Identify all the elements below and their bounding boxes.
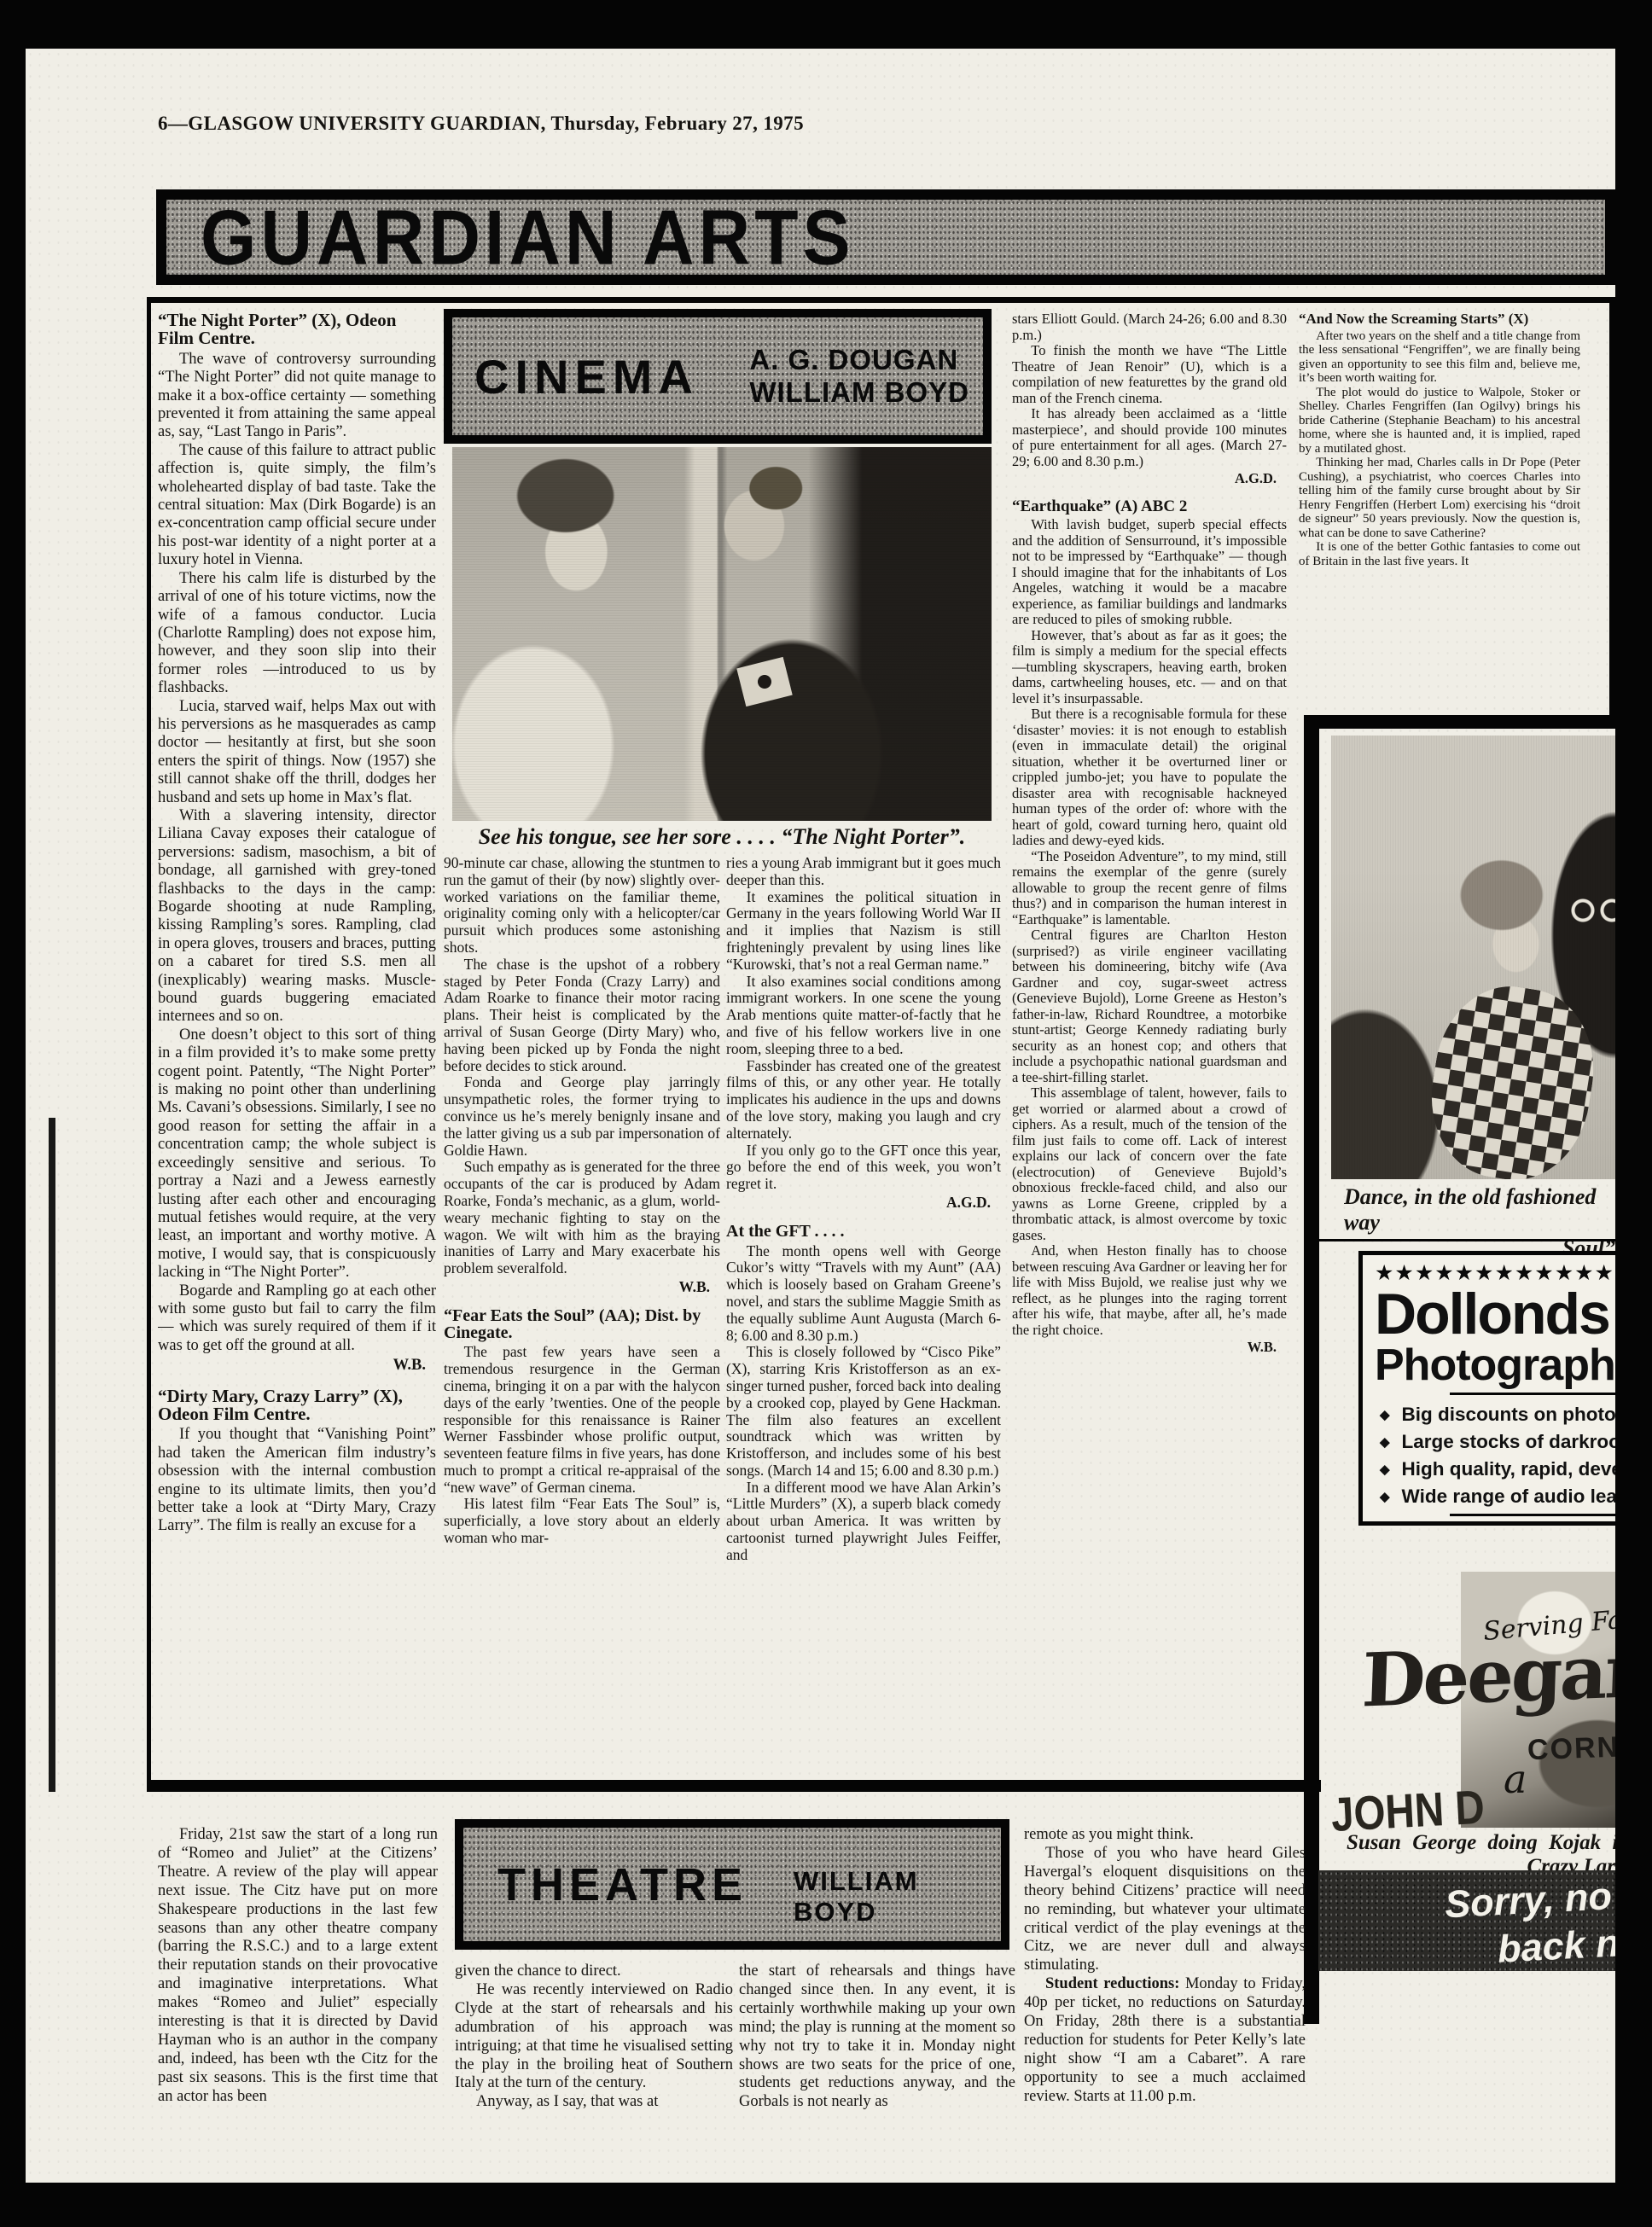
susan-caption-line1: Susan George doing Kojak imp — [1347, 1831, 1615, 1855]
paragraph: With lavish budget, superb special effec… — [1012, 517, 1287, 628]
cinema-column-4: stars Elliott Gould. (March 24-26; 6.00 … — [1012, 311, 1287, 1781]
paragraph: This assemblage of talent, however, fail… — [1012, 1085, 1287, 1243]
paragraph: But there is a recognisable formula for … — [1012, 706, 1287, 849]
paragraph: His latest film “Fear Eats The Soul” is,… — [444, 1496, 720, 1546]
paragraph: Thinking her mad, Charles calls in Dr Po… — [1299, 456, 1580, 540]
paragraph: And, when Heston finally has to choose b… — [1012, 1243, 1287, 1338]
dance-photo-caption: Dance, in the old fashioned way Soul” — [1344, 1184, 1615, 1261]
scan-border-bottom — [0, 2183, 1652, 2227]
paragraph: Student reductions: Monday to Friday, 40… — [1024, 1975, 1306, 2106]
panel-left-rule — [1304, 715, 1319, 2024]
dollonds-bullet-list: ◆Big discounts on photo. eq◆Large stocks… — [1375, 1401, 1648, 1510]
paragraph: If you only go to the GFT once this year… — [726, 1143, 1001, 1193]
cinema-section-title: CINEMA — [474, 349, 699, 404]
patterned-scarf-shape — [1420, 976, 1606, 1179]
paragraph: Those of you who have heard Giles Haverg… — [1024, 1845, 1306, 1975]
sorry-notice-box: Sorry, no W back ne — [1318, 1870, 1652, 1971]
paragraph: He was recently interviewed on Radio Cly… — [455, 1981, 733, 2093]
diamond-bullet-icon: ◆ — [1380, 1435, 1390, 1450]
newspaper-page: 6—GLASGOW UNIVERSITY GUARDIAN, Thursday,… — [0, 0, 1652, 2227]
theatre-column-3: the start of rehearsals and things have … — [739, 1962, 1015, 2152]
deegan-ad-script-a: a — [1504, 1756, 1527, 1802]
diamond-bullet-icon: ◆ — [1380, 1490, 1390, 1504]
ad-bullet-item: ◆High quality, rapid, developi — [1375, 1456, 1648, 1483]
article-heading: “The Night Porter” (X), Odeon Film Centr… — [158, 311, 436, 348]
paragraph: With a slavering intensity, director Lil… — [158, 807, 436, 1026]
paragraph: It is one of the better Gothic fantasies… — [1299, 540, 1580, 568]
byline-signature: W.B. — [444, 1279, 710, 1296]
paragraph: Central figures are Charlton Heston (sur… — [1012, 927, 1287, 1085]
frame-left-rule — [147, 297, 151, 1792]
ad-bullet-item: ◆Big discounts on photo. eq — [1375, 1401, 1648, 1428]
guardian-arts-title: GUARDIAN ARTS — [201, 193, 855, 282]
cinema-column-1: “The Night Porter” (X), Odeon Film Centr… — [158, 311, 436, 1781]
theatre-column-4: remote as you might think.Those of you w… — [1024, 1826, 1306, 2155]
article-heading: “Earthquake” (A) ABC 2 — [1012, 499, 1287, 515]
page-masthead: 6—GLASGOW UNIVERSITY GUARDIAN, Thursday,… — [158, 113, 804, 135]
paragraph: The cause of this failure to attract pub… — [158, 442, 436, 570]
panel-divider-rule — [1319, 1239, 1615, 1241]
article-heading: “Fear Eats the Soul” (AA); Dist. by Cine… — [444, 1308, 720, 1342]
paragraph: If you thought that “Vanishing Point” ha… — [158, 1426, 436, 1535]
dollonds-ad-subtitle: Photographic — [1375, 1343, 1648, 1388]
paragraph: given the chance to direct. — [455, 1962, 733, 1981]
paragraph: The chase is the upshot of a robbery sta… — [444, 957, 720, 1075]
paragraph: The past few years have seen a tremendou… — [444, 1344, 720, 1496]
paragraph: Friday, 21st saw the start of a long run… — [158, 1826, 438, 2107]
paragraph: The plot would do justice to Walpole, St… — [1299, 386, 1580, 456]
paragraph: 90-minute car chase, allowing the stuntm… — [444, 855, 720, 957]
deegan-ad-name: Deegan F — [1360, 1625, 1652, 1724]
diamond-bullet-icon: ◆ — [1380, 1408, 1390, 1422]
byline-signature: W.B. — [158, 1357, 426, 1375]
dollonds-ad-title: Dollonds — [1375, 1286, 1648, 1343]
paragraph: One doesn’t object to this sort of thing… — [158, 1026, 436, 1282]
paragraph: It has already been acclaimed as a ‘litt… — [1012, 406, 1287, 469]
cinema-column-2: 90-minute car chase, allowing the stuntm… — [444, 855, 720, 1782]
dance-photo — [1331, 736, 1615, 1179]
dance-caption-line1: Dance, in the old fashioned way — [1344, 1184, 1615, 1236]
dollonds-ad: ★★★★★★★★★★★★★★★★★★ Dollonds Photographic… — [1358, 1251, 1652, 1526]
paragraph: the start of rehearsals and things have … — [739, 1962, 1015, 2112]
article-heading: At the GFT . . . . — [726, 1224, 1001, 1241]
paragraph: However, that’s about as far as it goes;… — [1012, 628, 1287, 707]
cinema-bylines: A. G. DOUGAN WILLIAM BOYD — [749, 344, 969, 409]
scan-border-top — [0, 0, 1652, 49]
panel-top-rule — [1304, 715, 1652, 729]
scan-border-left — [0, 0, 26, 2227]
diamond-bullet-icon: ◆ — [1380, 1462, 1390, 1477]
night-porter-photo-caption: See his tongue, see her sore . . . . “Th… — [452, 824, 992, 850]
article-heading: “Dirty Mary, Crazy Larry” (X), Odeon Fil… — [158, 1387, 436, 1424]
byline-boyd: WILLIAM BOYD — [749, 376, 969, 409]
paragraph: Fonda and George play jarringly unsympat… — [444, 1074, 720, 1159]
article-heading: “And Now the Screaming Starts” (X) — [1299, 312, 1580, 327]
paragraph: Fassbinder has created one of the greate… — [726, 1058, 1001, 1143]
paragraph: The wave of controversy surrounding “The… — [158, 351, 436, 442]
byline-signature: A.G.D. — [1012, 471, 1277, 487]
theatre-column-2: given the chance to direct.He was recent… — [455, 1962, 733, 2152]
paragraph: In a different mood we have Alan Arkin’s… — [726, 1480, 1001, 1564]
paragraph: stars Elliott Gould. (March 24-26; 6.00 … — [1012, 311, 1287, 343]
paragraph: After two years on the shelf and a title… — [1299, 329, 1580, 386]
ad-bullet-item: ◆Wide range of audio leads — [1375, 1483, 1648, 1510]
theatre-section-title: THEATRE — [497, 1858, 747, 1911]
byline-dougan: A. G. DOUGAN — [749, 344, 969, 376]
ad-bullet-item: ◆Large stocks of darkroom — [1375, 1428, 1648, 1456]
scan-artifact-line — [49, 1118, 55, 1792]
frame-top-rule — [147, 297, 1615, 303]
theatre-column-1: Friday, 21st saw the start of a long run… — [158, 1826, 438, 2154]
night-porter-photo — [452, 447, 992, 821]
byline-signature: W.B. — [1012, 1340, 1277, 1356]
theatre-byline: WILLIAM BOYD — [794, 1866, 1001, 1928]
armband-shape — [736, 657, 792, 706]
cinema-section-banner: CINEMA A. G. DOUGAN WILLIAM BOYD — [444, 309, 992, 444]
glasses-shape — [1568, 898, 1615, 923]
paragraph: This is closely followed by “Cisco Pike”… — [726, 1344, 1001, 1479]
paragraph: The month opens well with George Cukor’s… — [726, 1243, 1001, 1345]
paragraph: “The Poseidon Adventure”, to my mind, st… — [1012, 849, 1287, 928]
paragraph: Such empathy as is generated for the thr… — [444, 1159, 720, 1277]
paragraph: There his calm life is disturbed by the … — [158, 570, 436, 698]
byline-signature: A.G.D. — [726, 1195, 991, 1212]
dollonds-ad-footer: Special Discounts for S — [1375, 1521, 1648, 1526]
paragraph: ries a young Arab immigrant but it goes … — [726, 855, 1001, 889]
guardian-arts-banner: GUARDIAN ARTS — [156, 189, 1615, 285]
cinema-column-3: ries a young Arab immigrant but it goes … — [726, 855, 1001, 1782]
frame-bottom-rule — [147, 1780, 1321, 1792]
cinema-column-5: “And Now the Screaming Starts” (X)After … — [1299, 312, 1580, 717]
paragraph: remote as you might think. — [1024, 1826, 1306, 1845]
theatre-section-banner: THEATRE WILLIAM BOYD — [455, 1819, 1009, 1950]
paragraph: It examines the political situation in G… — [726, 889, 1001, 974]
paragraph: To finish the month we have “The Little … — [1012, 343, 1287, 406]
paragraph: Lucia, starved waif, helps Max out with … — [158, 698, 436, 807]
paragraph: Bogarde and Rampling go at each other wi… — [158, 1282, 436, 1356]
scan-border-right — [1615, 0, 1652, 2227]
paragraph: It also examines social conditions among… — [726, 974, 1001, 1058]
paragraph: Anyway, as I say, that was at — [455, 2093, 733, 2112]
frame-right-rule — [1609, 297, 1615, 724]
